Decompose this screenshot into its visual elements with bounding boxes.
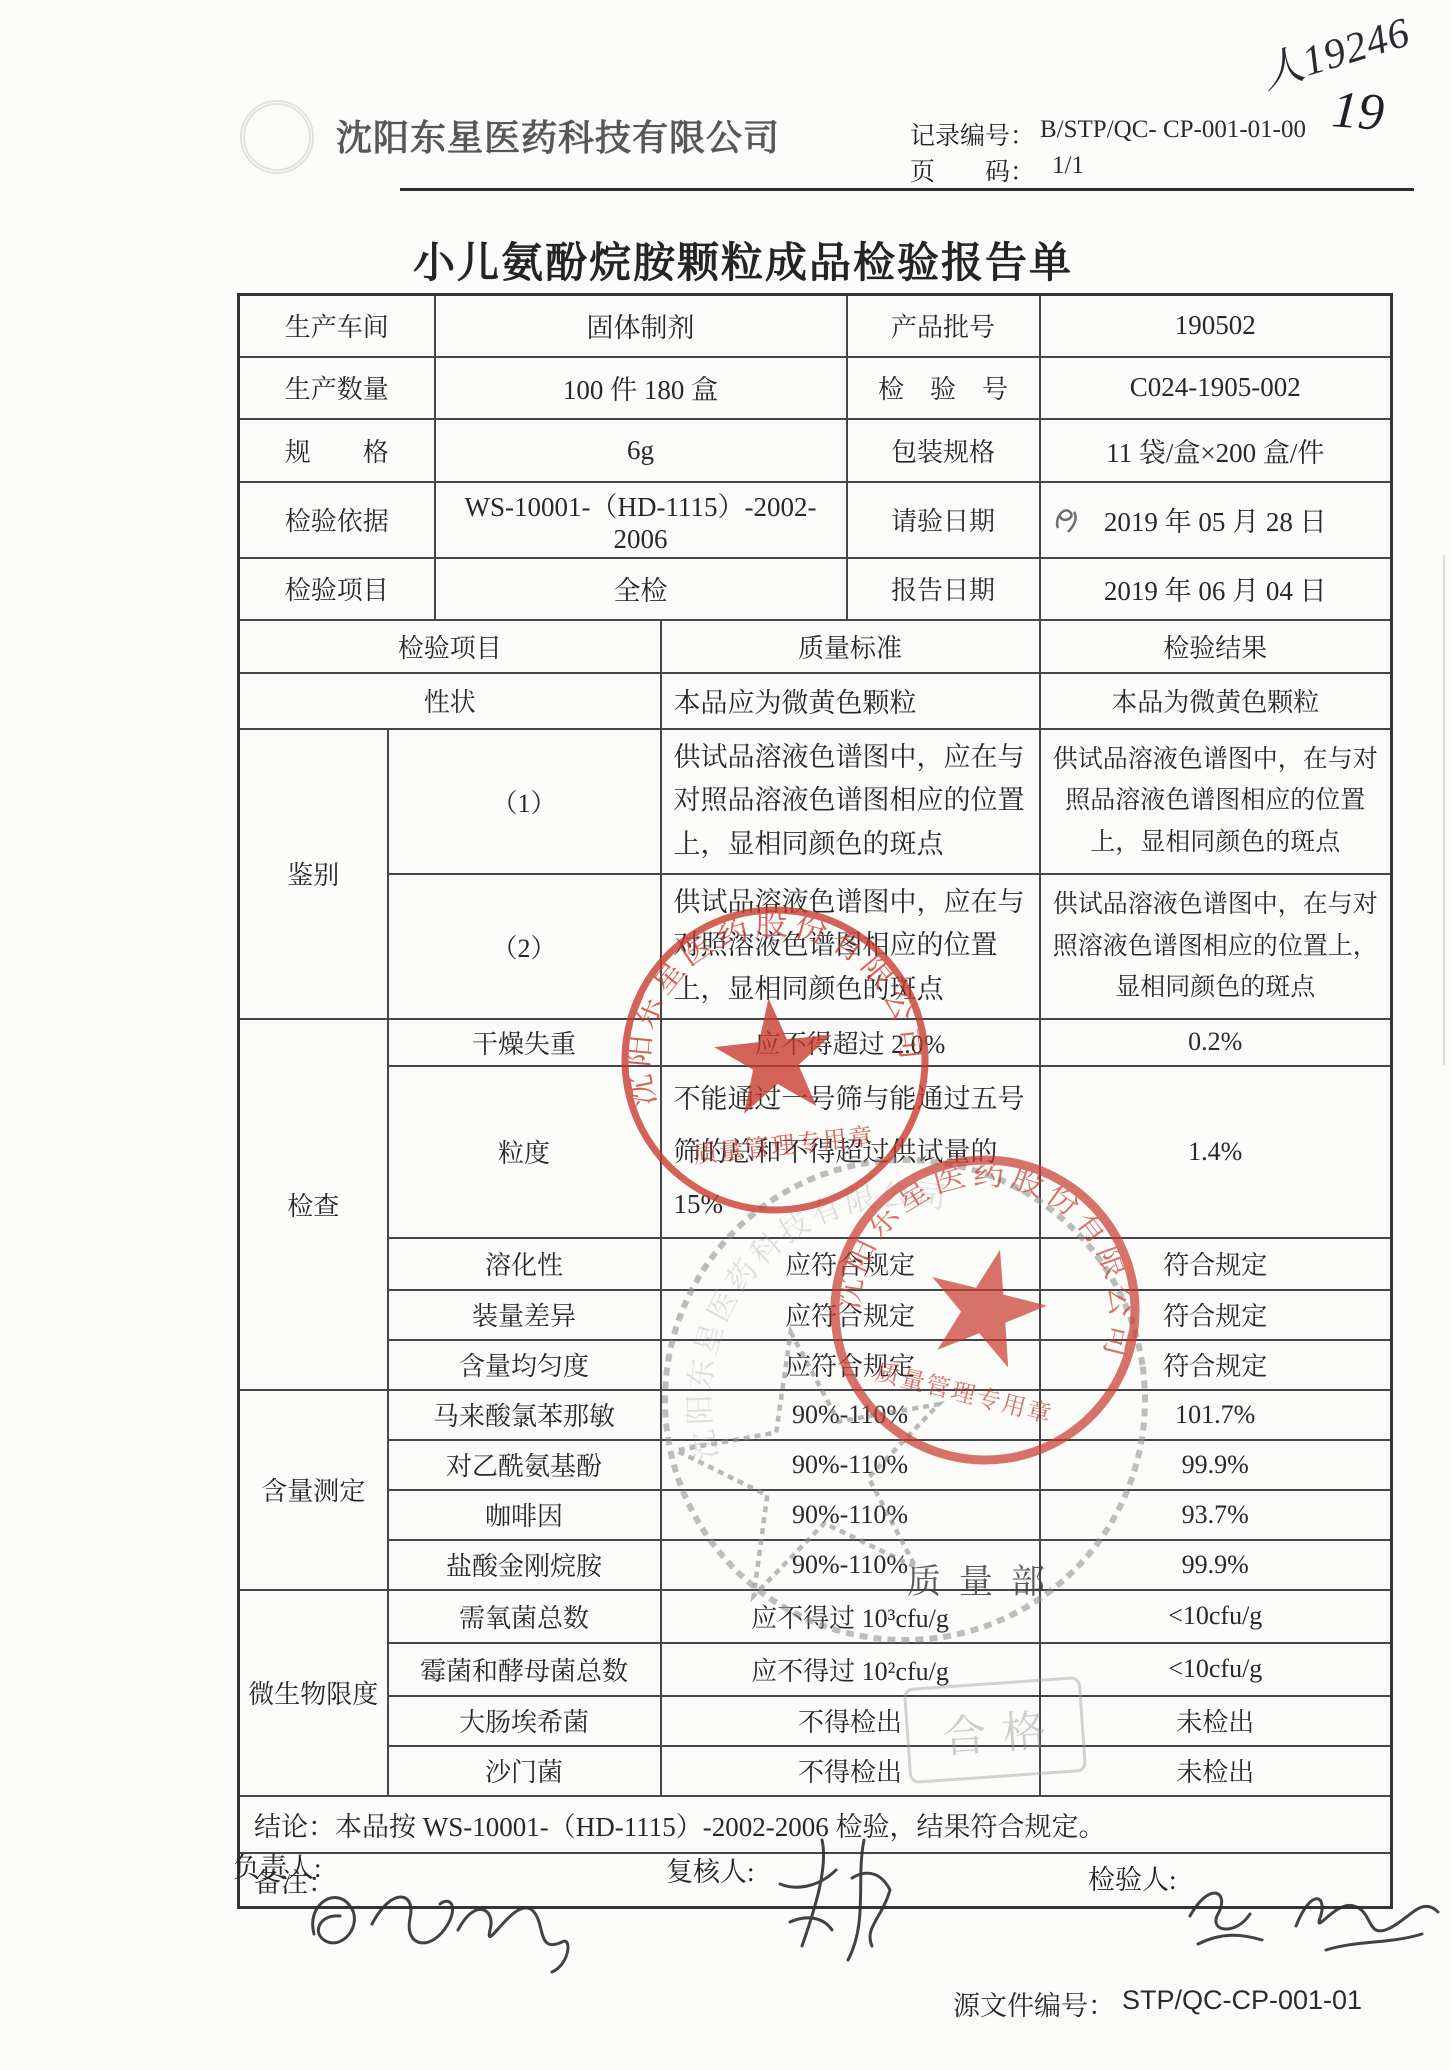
table-row: 检验项目 全检 报告日期 2019 年 06 月 04 日 bbox=[239, 558, 1392, 620]
item-cell: （2） bbox=[388, 874, 661, 1019]
table-row: 盐酸金刚烷胺 90%-110% 99.9% bbox=[239, 1540, 1392, 1590]
res-cell: 符合规定 bbox=[1040, 1290, 1392, 1340]
std-cell: 90%-110% bbox=[661, 1540, 1040, 1590]
res-cell: 供试品溶液色谱图中，在与对照品溶液色谱图相应的位置上，显相同颜色的斑点 bbox=[1040, 729, 1392, 874]
source-file-value: STP/QC-CP-001-01 bbox=[1122, 1985, 1362, 2016]
std-cell: 应符合规定 bbox=[661, 1238, 1040, 1290]
res-cell: 99.9% bbox=[1040, 1440, 1392, 1490]
item-cell: 对乙酰氨基酚 bbox=[388, 1440, 661, 1490]
column-header-item: 检验项目 bbox=[239, 620, 661, 673]
item-cell: 需氧菌总数 bbox=[388, 1590, 661, 1643]
table-row: 备注： bbox=[239, 1853, 1392, 1908]
info-label-cell: 规 格 bbox=[239, 419, 435, 482]
info-label-cell: 请验日期 bbox=[847, 482, 1040, 558]
info-label-cell: 产品批号 bbox=[847, 295, 1040, 357]
res-cell: 0.2% bbox=[1040, 1019, 1392, 1066]
table-row: 霉菌和酵母菌总数 应不得过 10²cfu/g <10cfu/g bbox=[239, 1643, 1392, 1696]
item-cell: 粒度 bbox=[388, 1066, 661, 1238]
table-row: 大肠埃希菌 不得检出 未检出 bbox=[239, 1696, 1392, 1746]
info-label-cell: 报告日期 bbox=[847, 558, 1040, 620]
res-cell: 供试品溶液色谱图中，在与对照溶液色谱图相应的位置上，显相同颜色的斑点 bbox=[1040, 874, 1392, 1019]
table-row: 检验依据 WS-10001-（HD-1115）-2002-2006 请验日期 2… bbox=[239, 482, 1392, 558]
table-row: 生产车间 固体制剂 产品批号 190502 bbox=[239, 295, 1392, 357]
info-value-cell: 100 件 180 盒 bbox=[435, 357, 847, 419]
table-row: 微生物限度 需氧菌总数 应不得过 10³cfu/g <10cfu/g bbox=[239, 1590, 1392, 1643]
inspection-table: 生产车间 固体制剂 产品批号 190502 生产数量 100 件 180 盒 检… bbox=[237, 293, 1393, 1909]
table-row: 溶化性 应符合规定 符合规定 bbox=[239, 1238, 1392, 1290]
group-cell: 含量测定 bbox=[239, 1390, 388, 1590]
table-row: （2） 供试品溶液色谱图中，应在与对照溶液色谱图相应的位置上，显相同颜色的斑点 … bbox=[239, 874, 1392, 1019]
table-row: 性状 本品应为微黄色颗粒 本品为微黄色颗粒 bbox=[239, 673, 1392, 729]
scanned-report-page: 沈阳东星医药科技有限公司 记录编号： B/STP/QC- CP-001-01-0… bbox=[0, 0, 1450, 2070]
page-number-label: 页 码： bbox=[910, 152, 1035, 188]
group-cell: 微生物限度 bbox=[239, 1590, 388, 1796]
item-cell: 装量差异 bbox=[388, 1290, 661, 1340]
info-label-cell: 生产车间 bbox=[239, 295, 435, 357]
res-cell: 101.7% bbox=[1040, 1390, 1392, 1440]
info-value-cell: 11 袋/盒×200 盒/件 bbox=[1040, 419, 1392, 482]
reviewer-label: 复核人: bbox=[666, 1850, 755, 1889]
item-cell: 盐酸金刚烷胺 bbox=[388, 1540, 661, 1590]
source-file-label: 源文件编号： bbox=[953, 1984, 1115, 2023]
std-cell: 应不得超过 2.0% bbox=[661, 1019, 1040, 1066]
table-row: 规 格 6g 包装规格 11 袋/盒×200 盒/件 bbox=[239, 419, 1392, 482]
page-number-value: 1/1 bbox=[1052, 152, 1084, 180]
info-label-cell: 包装规格 bbox=[847, 419, 1040, 482]
item-cell: 沙门菌 bbox=[388, 1746, 661, 1796]
std-cell: 应不得过 10³cfu/g bbox=[661, 1590, 1040, 1643]
info-value-cell: 固体制剂 bbox=[435, 295, 847, 357]
item-cell: 干燥失重 bbox=[388, 1019, 661, 1066]
table-row: 粒度 不能通过一号筛与能通过五号筛的总和不得超过供试量的15% 1.4% bbox=[239, 1066, 1392, 1238]
item-cell: 含量均匀度 bbox=[388, 1340, 661, 1390]
group-cell: 检查 bbox=[239, 1019, 388, 1390]
header-divider bbox=[400, 188, 1414, 191]
item-cell: 大肠埃希菌 bbox=[388, 1696, 661, 1746]
remark-cell: 备注： bbox=[239, 1853, 1392, 1908]
company-logo-icon bbox=[240, 100, 314, 174]
res-cell: 99.9% bbox=[1040, 1540, 1392, 1590]
conclusion-cell: 结论：本品按 WS-10001-（HD-1115）-2002-2006 检验，结… bbox=[239, 1796, 1392, 1853]
res-cell: 符合规定 bbox=[1040, 1238, 1392, 1290]
info-label-cell: 生产数量 bbox=[239, 357, 435, 419]
item-cell: （1） bbox=[388, 729, 661, 874]
record-number-value: B/STP/QC- CP-001-01-00 bbox=[1040, 116, 1306, 144]
std-cell: 90%-110% bbox=[661, 1490, 1040, 1540]
table-row: 对乙酰氨基酚 90%-110% 99.9% bbox=[239, 1440, 1392, 1490]
report-title: 小儿氨酚烷胺颗粒成品检验报告单 bbox=[18, 230, 1450, 290]
std-cell: 应符合规定 bbox=[661, 1290, 1040, 1340]
table-row: 含量测定 马来酸氯苯那敏 90%-110% 101.7% bbox=[239, 1390, 1392, 1440]
table-header-row: 检验项目 质量标准 检验结果 bbox=[239, 620, 1392, 673]
inspector-label: 检验人: bbox=[1088, 1858, 1177, 1897]
qualified-stamp: 合格 bbox=[903, 1676, 1087, 1784]
table-row: 沙门菌 不得检出 未检出 bbox=[239, 1746, 1392, 1796]
res-cell: 93.7% bbox=[1040, 1490, 1392, 1540]
res-cell: 未检出 bbox=[1040, 1746, 1392, 1796]
table-row: 装量差异 应符合规定 符合规定 bbox=[239, 1290, 1392, 1340]
res-cell: <10cfu/g bbox=[1040, 1590, 1392, 1643]
item-cell: 性状 bbox=[239, 673, 661, 729]
item-cell: 咖啡因 bbox=[388, 1490, 661, 1540]
table-row: 检查 干燥失重 应不得超过 2.0% 0.2% bbox=[239, 1019, 1392, 1066]
table-row: 含量均匀度 应符合规定 符合规定 bbox=[239, 1340, 1392, 1390]
info-value-cell: 190502 bbox=[1040, 295, 1392, 357]
res-cell: <10cfu/g bbox=[1040, 1643, 1392, 1696]
column-header-standard: 质量标准 bbox=[661, 620, 1040, 673]
handwritten-number: 19 bbox=[1330, 80, 1386, 142]
record-number-label: 记录编号： bbox=[910, 116, 1035, 152]
std-cell: 90%-110% bbox=[661, 1440, 1040, 1490]
res-cell: 本品为微黄色颗粒 bbox=[1040, 673, 1392, 729]
std-cell: 不能通过一号筛与能通过五号筛的总和不得超过供试量的15% bbox=[661, 1066, 1040, 1238]
item-cell: 霉菌和酵母菌总数 bbox=[388, 1643, 661, 1696]
info-value-cell: 6g bbox=[435, 419, 847, 482]
info-label-cell: 检 验 号 bbox=[847, 357, 1040, 419]
res-cell: 未检出 bbox=[1040, 1696, 1392, 1746]
table-row: 鉴别 （1） 供试品溶液色谱图中，应在与对照品溶液色谱图相应的位置上，显相同颜色… bbox=[239, 729, 1392, 874]
info-value-cell: WS-10001-（HD-1115）-2002-2006 bbox=[435, 482, 847, 558]
info-label-cell: 检验依据 bbox=[239, 482, 435, 558]
info-label-cell: 检验项目 bbox=[239, 558, 435, 620]
std-cell: 本品应为微黄色颗粒 bbox=[661, 673, 1040, 729]
table-row: 生产数量 100 件 180 盒 检 验 号 C024-1905-002 bbox=[239, 357, 1392, 419]
item-cell: 马来酸氯苯那敏 bbox=[388, 1390, 661, 1440]
info-value-cell: C024-1905-002 bbox=[1040, 357, 1392, 419]
scan-edge-artifact bbox=[1443, 555, 1445, 1065]
std-cell: 90%-110% bbox=[661, 1390, 1040, 1440]
table-row: 结论：本品按 WS-10001-（HD-1115）-2002-2006 检验，结… bbox=[239, 1796, 1392, 1853]
company-name: 沈阳东星医药科技有限公司 bbox=[336, 110, 780, 161]
std-cell: 供试品溶液色谱图中，应在与对照品溶液色谱图相应的位置上，显相同颜色的斑点 bbox=[661, 729, 1040, 874]
std-cell: 供试品溶液色谱图中，应在与对照溶液色谱图相应的位置上，显相同颜色的斑点 bbox=[661, 874, 1040, 1019]
table-row: 咖啡因 90%-110% 93.7% bbox=[239, 1490, 1392, 1540]
info-value-cell: 2019 年 06 月 04 日 bbox=[1040, 558, 1392, 620]
responsible-person-label: 负责人: bbox=[233, 1846, 322, 1885]
info-value-cell: 全检 bbox=[435, 558, 847, 620]
info-value-cell: 2019 年 05 月 28 日 bbox=[1040, 482, 1392, 558]
res-cell: 符合规定 bbox=[1040, 1340, 1392, 1390]
item-cell: 溶化性 bbox=[388, 1238, 661, 1290]
group-cell: 鉴别 bbox=[239, 729, 388, 1019]
column-header-result: 检验结果 bbox=[1040, 620, 1392, 673]
std-cell: 应符合规定 bbox=[661, 1340, 1040, 1390]
res-cell: 1.4% bbox=[1040, 1066, 1392, 1238]
